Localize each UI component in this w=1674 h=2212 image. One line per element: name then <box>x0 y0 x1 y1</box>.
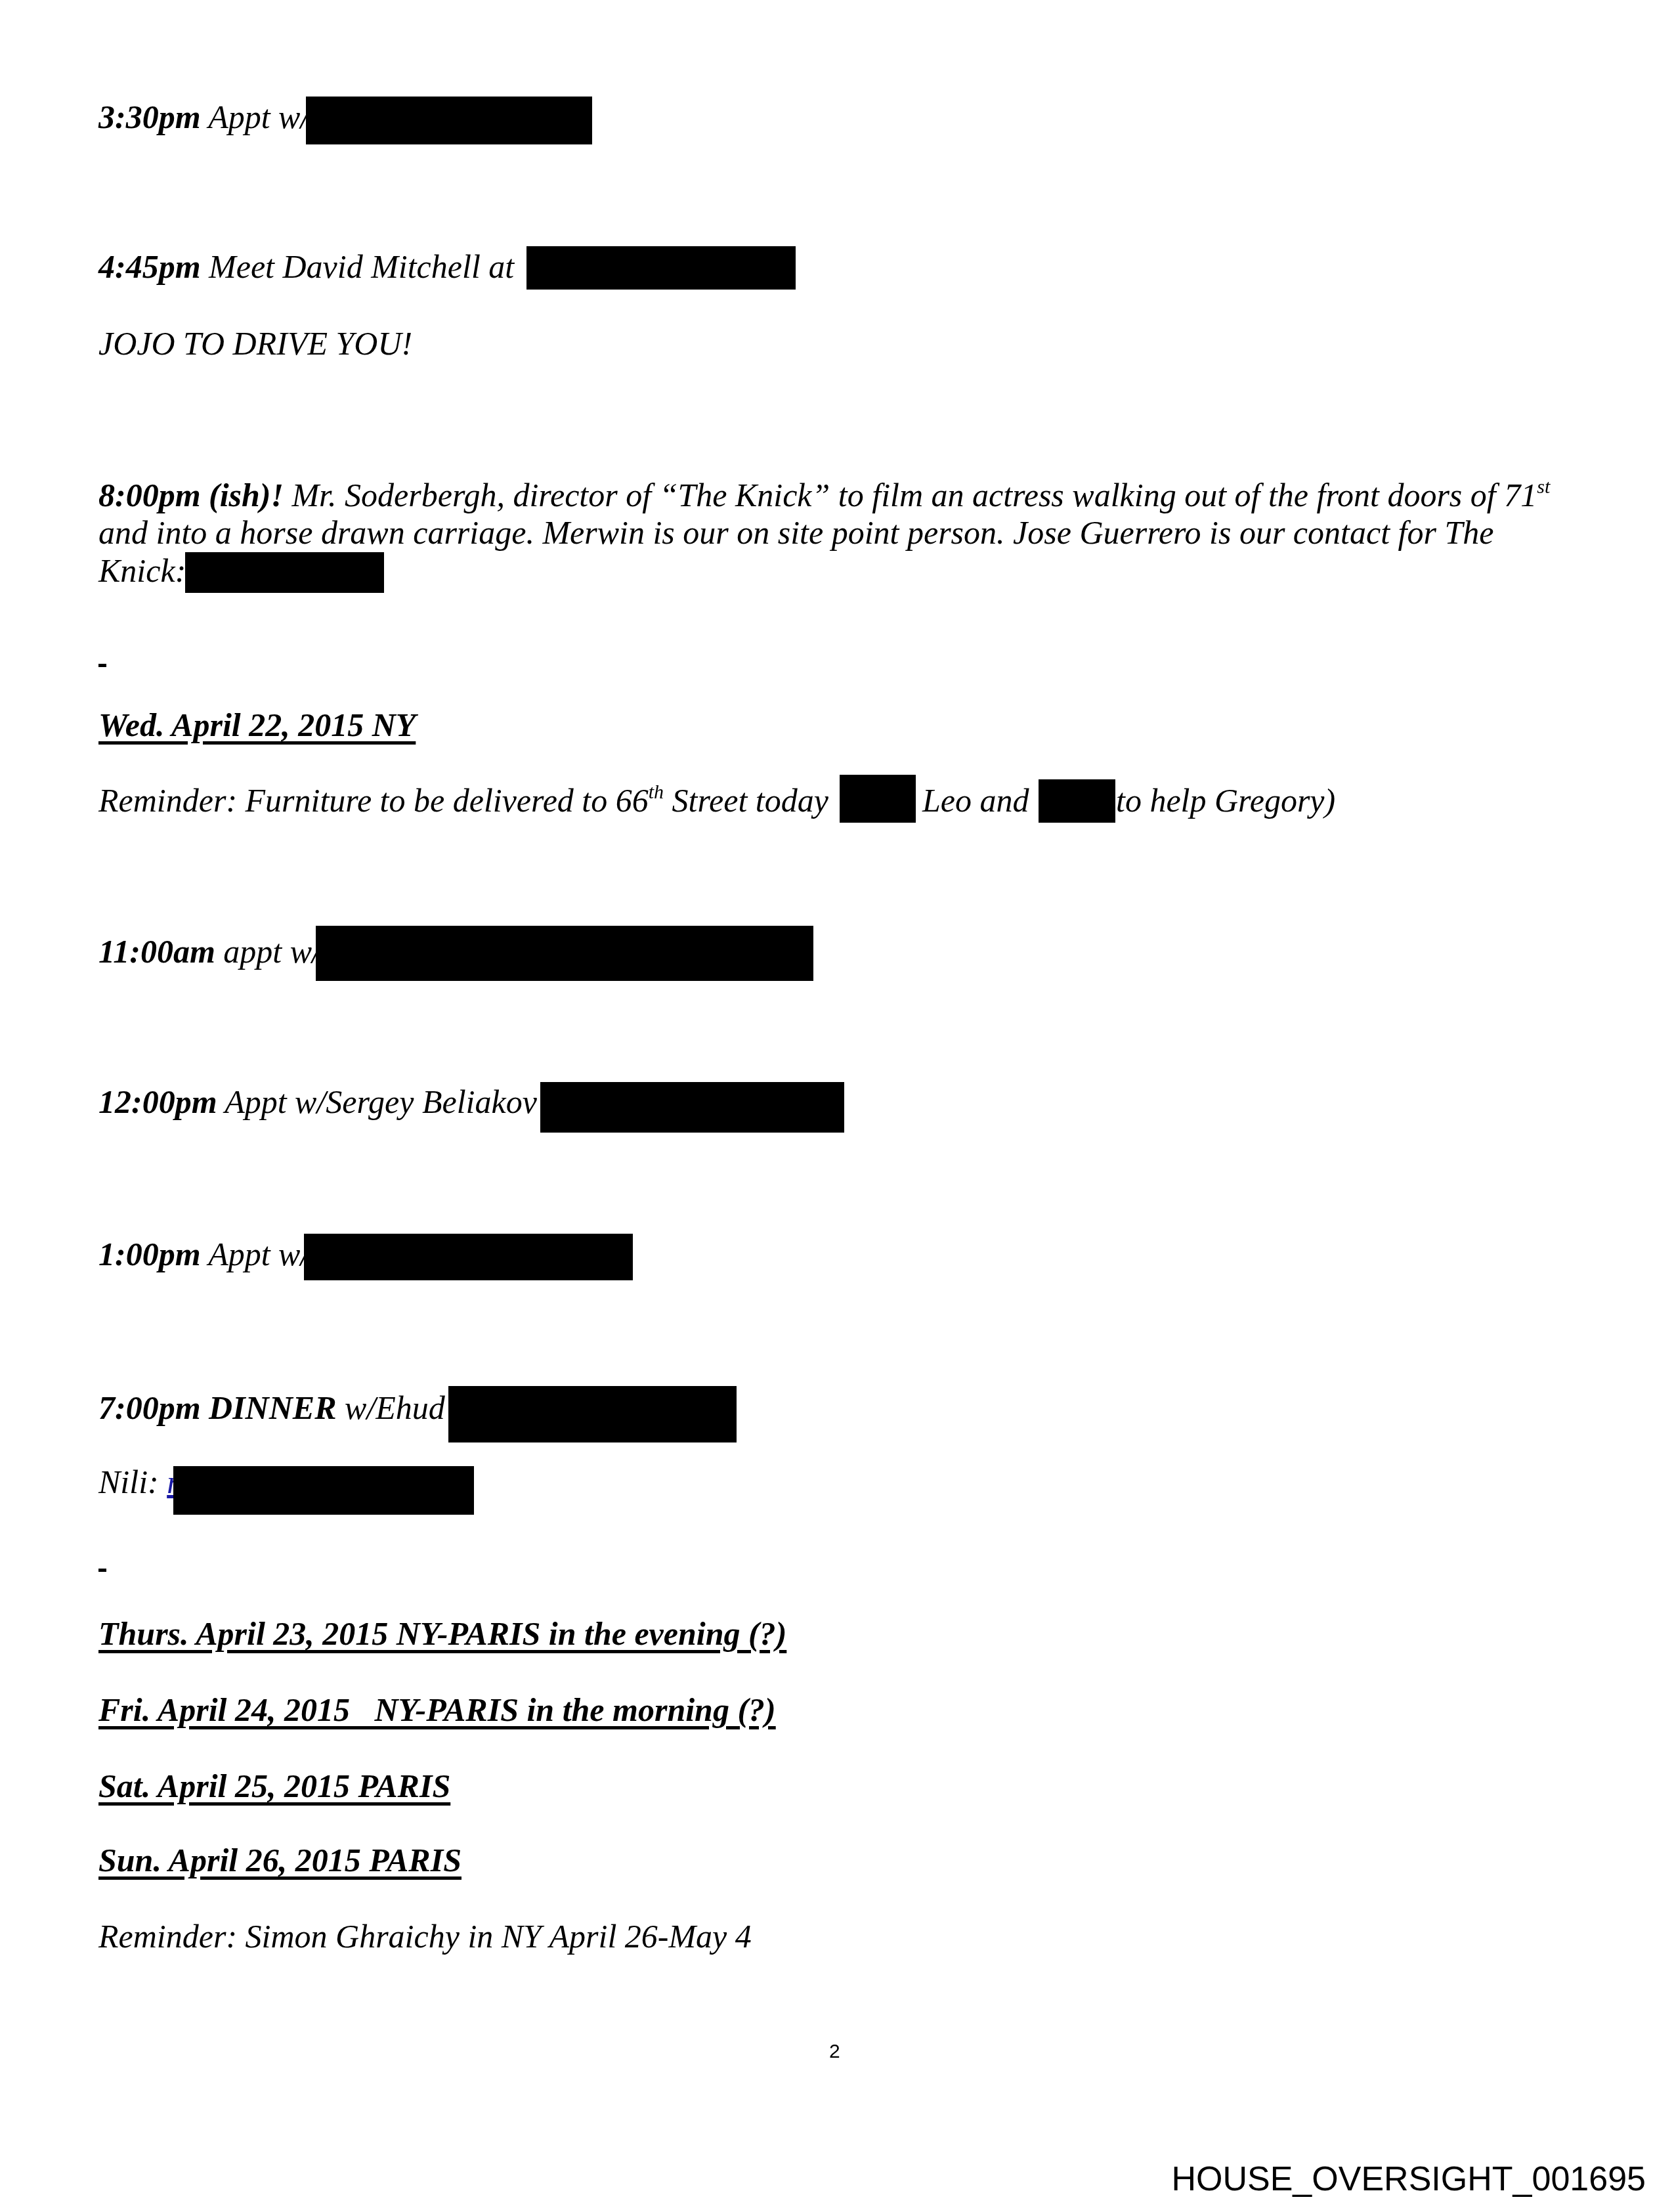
entry-time: 3:30pm <box>98 98 201 135</box>
entry-time: 8:00pm (ish)! <box>98 477 284 513</box>
entry-text: Appt w/ <box>201 98 310 135</box>
entry-time: 4:45pm <box>98 248 201 285</box>
entry-445pm: 4:45pm Meet David Mitchell at <box>98 250 514 283</box>
entry-time: 11:00am <box>98 933 215 970</box>
redaction-block <box>316 926 813 981</box>
entry-100pm: 1:00pm Appt w/ <box>98 1238 309 1270</box>
reminder-furniture-end: to help Gregory) <box>1116 784 1335 817</box>
entry-text: Meet David Mitchell at <box>201 248 515 285</box>
redaction-block <box>306 97 592 144</box>
day-heading-thu-apr-23: Thurs. April 23, 2015 NY-PARIS in the ev… <box>98 1617 786 1650</box>
ordinal-suffix: st <box>1537 476 1550 498</box>
redaction-block <box>526 246 796 290</box>
redaction-block <box>448 1386 737 1442</box>
day-heading-wed-apr-22: Wed. April 22, 2015 NY <box>98 708 416 741</box>
page-number: 2 <box>829 2042 840 2062</box>
entry-700pm: 7:00pm DINNER w/Ehud <box>98 1391 445 1424</box>
entry-1200pm: 12:00pm Appt w/Sergey Beliakov <box>98 1085 537 1118</box>
redaction-block <box>840 775 916 823</box>
entry-time: 7:00pm DINNER <box>98 1389 337 1426</box>
day-heading-sat-apr-25: Sat. April 25, 2015 PARIS <box>98 1769 450 1802</box>
entry-800pm-line1: 8:00pm (ish)! Mr. Soderbergh, director o… <box>98 479 1550 511</box>
separator-dash <box>98 1569 106 1572</box>
entry-800pm-line3: Knick: <box>98 554 186 587</box>
day-heading-sun-apr-26: Sun. April 26, 2015 PARIS <box>98 1844 461 1876</box>
reminder-simon: Reminder: Simon Ghraichy in NY April 26-… <box>98 1920 752 1953</box>
separator-dash <box>98 664 106 667</box>
redaction-block <box>540 1082 844 1133</box>
day-heading-fri-apr-24: Fri. April 24, 2015 NY-PARIS in the morn… <box>98 1693 776 1726</box>
entry-330pm: 3:30pm Appt w/ <box>98 100 309 133</box>
ordinal-suffix: th <box>649 781 664 803</box>
redaction-block <box>304 1234 633 1280</box>
entry-text: Appt w/Sergey Beliakov <box>217 1083 537 1120</box>
redaction-block <box>1039 779 1115 823</box>
entry-time: 12:00pm <box>98 1083 217 1120</box>
entry-1100am: 11:00am appt w/ <box>98 935 321 968</box>
note-driver: JOJO TO DRIVE YOU! <box>98 327 412 360</box>
redaction-block <box>185 552 384 593</box>
contact-nili: Nili: n <box>98 1465 183 1498</box>
redaction-block <box>173 1466 474 1515</box>
entry-time: 1:00pm <box>98 1236 201 1272</box>
document-page: 3:30pm Appt w/ 4:45pm Meet David Mitchel… <box>0 0 1674 2212</box>
entry-text: Mr. Soderbergh, director of “The Knick” … <box>284 477 1537 513</box>
entry-text: appt w/ <box>215 933 321 970</box>
entry-800pm-line2: and into a horse drawn carriage. Merwin … <box>98 516 1493 549</box>
reminder-furniture-mid: Leo and <box>922 784 1029 817</box>
bates-number: HOUSE_OVERSIGHT_001695 <box>1171 2162 1646 2196</box>
contact-label: Nili: <box>98 1464 167 1500</box>
entry-text: w/Ehud <box>337 1389 445 1426</box>
reminder-furniture: Reminder: Furniture to be delivered to 6… <box>98 784 828 817</box>
entry-text: Appt w/ <box>201 1236 310 1272</box>
